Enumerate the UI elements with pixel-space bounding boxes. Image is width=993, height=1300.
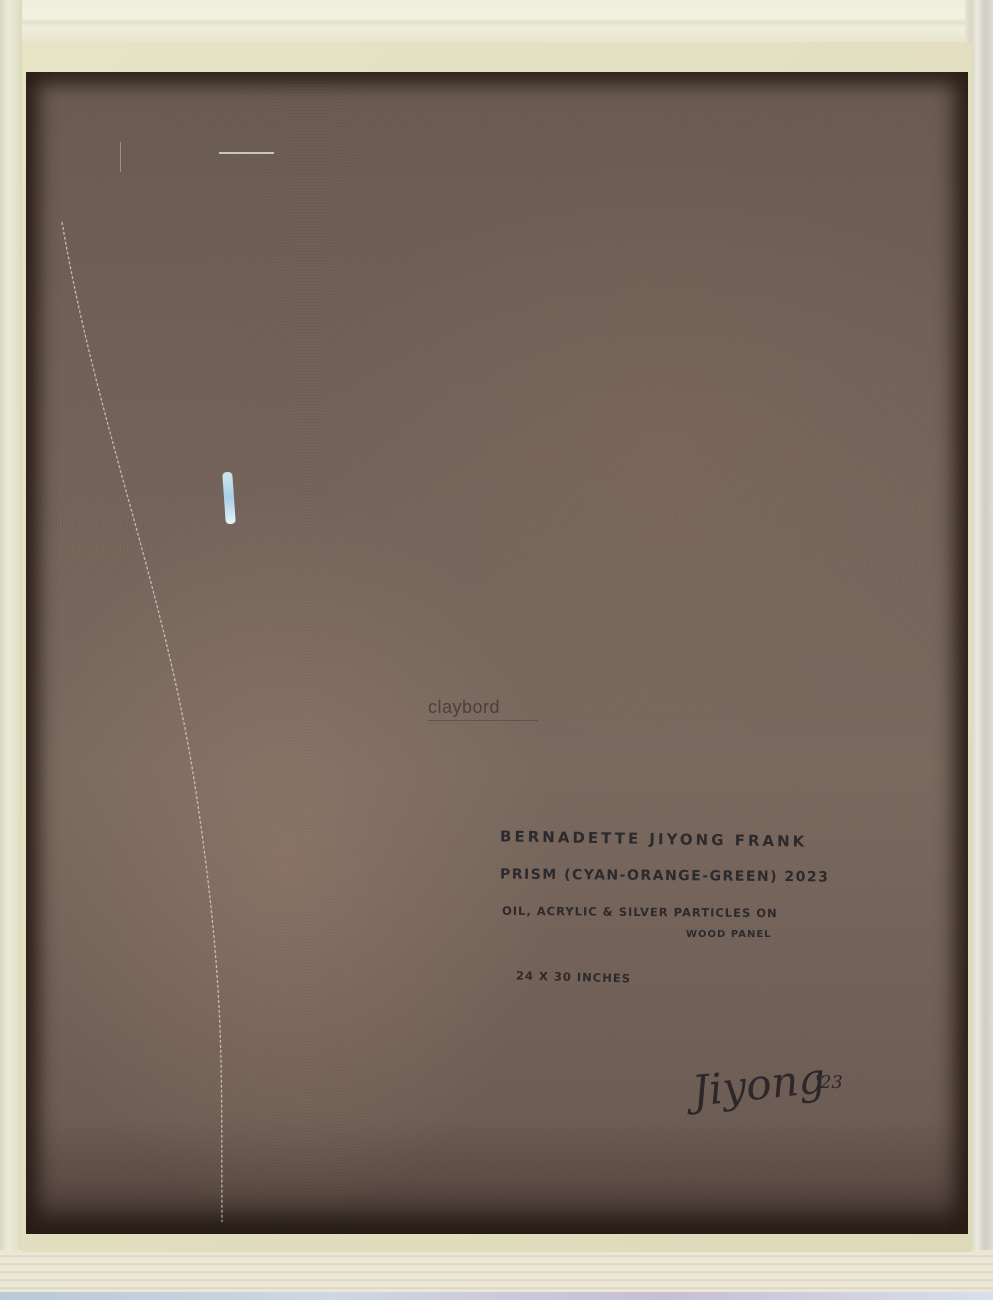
- panel-back: [26, 72, 968, 1234]
- frame-left-edge: [0, 0, 22, 1300]
- vertical-scratch-line: [26, 72, 968, 1234]
- claybord-stamp: claybord · · · · · · · · · · · · · · · ·: [428, 697, 538, 726]
- signature-year: '23: [815, 1072, 843, 1093]
- stamp-fine-print: · · · · · · · · · · · · · · · ·: [428, 720, 538, 726]
- medium-line-2: WOOD PANEL: [686, 929, 772, 940]
- stamp-brand: claybord: [428, 697, 538, 718]
- dimensions: 24 x 30 INCHES: [516, 968, 631, 985]
- frame-bottom-edge: [0, 1250, 993, 1300]
- medium-line-1: OIL, ACRYLIC & SILVER PARTICLES ON: [502, 904, 778, 920]
- artwork-title: PRISM (CYAN-ORANGE-GREEN) 2023: [500, 867, 830, 886]
